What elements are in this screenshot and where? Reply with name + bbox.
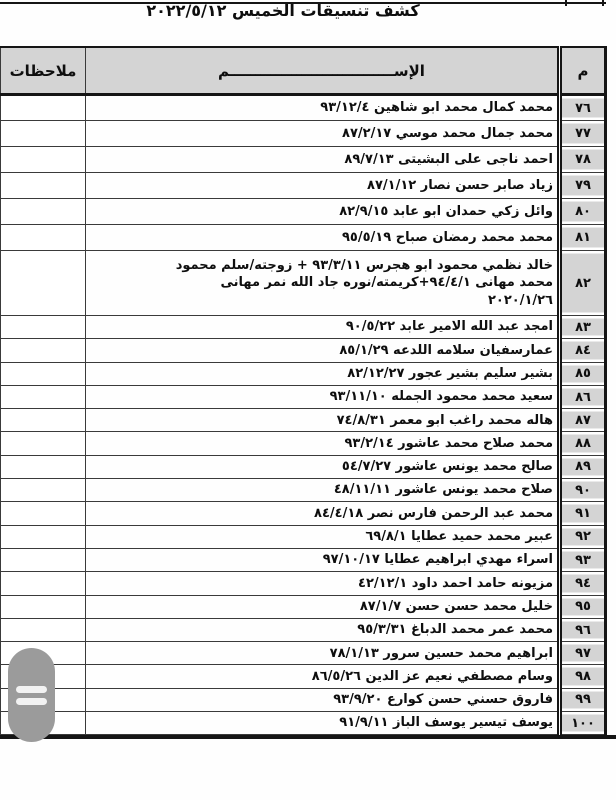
row-number-cell: ٩٩ <box>560 688 606 711</box>
table-row: ٧٨ احمد ناجى على البشيتى ٨٩/٧/١٣ <box>1 147 606 173</box>
row-name-cell: وائل زكي حمدان ابو عابد ٨٢/٩/١٥ <box>86 199 560 225</box>
roster-table: م الإســــــــــــــــــــــــــــــــم … <box>0 46 607 735</box>
row-notes-cell <box>1 525 86 548</box>
row-name-cell: محمد جمال محمد موسي ٨٧/٢/١٧ <box>86 121 560 147</box>
row-name-cell: امجد عبد الله الامير عابد ٩٠/٥/٢٢ <box>86 316 560 339</box>
row-notes-cell <box>1 618 86 641</box>
table-row: ٩٥ خليل محمد حسن حسن ٨٧/١/٧ <box>1 595 606 618</box>
col-header-name: الإســــــــــــــــــــــــــــــــم <box>86 47 560 95</box>
row-number-cell: ٩٣ <box>560 548 606 571</box>
row-notes-cell <box>1 362 86 385</box>
table-row: ٩٦ محمد عمر محمد الدباغ ٩٥/٣/٣١ <box>1 618 606 641</box>
row-notes-cell <box>1 121 86 147</box>
row-notes-cell <box>1 251 86 316</box>
row-notes-cell <box>1 548 86 571</box>
row-notes-cell <box>1 147 86 173</box>
row-name-cell: سعيد محمد محمود الجمله ٩٣/١١/١٠ <box>86 385 560 408</box>
table-row: ٩٨ وسام مصطفي نعيم عز الدين ٨٦/٥/٢٦ <box>1 665 606 688</box>
row-number-cell: ٧٨ <box>560 147 606 173</box>
row-name-cell: عبير محمد حميد عطايا ٦٩/٨/١ <box>86 525 560 548</box>
row-notes-cell <box>1 225 86 251</box>
row-notes-cell <box>1 432 86 455</box>
row-number-cell: ٨١ <box>560 225 606 251</box>
row-number-cell: ٩٢ <box>560 525 606 548</box>
table-row: ٩٢ عبير محمد حميد عطايا ٦٩/٨/١ <box>1 525 606 548</box>
roster-table-container: م الإســــــــــــــــــــــــــــــــم … <box>0 46 616 739</box>
row-notes-cell <box>1 95 86 121</box>
row-number-cell: ٨٨ <box>560 432 606 455</box>
row-number-cell: ٨٧ <box>560 409 606 432</box>
row-name-cell: خليل محمد حسن حسن ٨٧/١/٧ <box>86 595 560 618</box>
table-row: ٩٤ مزيونه حامد احمد داود ٤٢/١٢/١ <box>1 572 606 595</box>
col-header-notes: ملاحظات <box>1 47 86 95</box>
row-number-cell: ٩٠ <box>560 479 606 502</box>
table-row: ٨٦ سعيد محمد محمود الجمله ٩٣/١١/١٠ <box>1 385 606 408</box>
row-number-cell: ٩١ <box>560 502 606 525</box>
row-number-cell: ٨٤ <box>560 339 606 362</box>
row-name-cell: عمارسفيان سلامه اللدعه ٨٥/١/٢٩ <box>86 339 560 362</box>
table-row: ٧٧ محمد جمال محمد موسي ٨٧/٢/١٧ <box>1 121 606 147</box>
row-number-cell: ٧٦ <box>560 95 606 121</box>
row-name-cell: صالح محمد يونس عاشور ٥٤/٧/٢٧ <box>86 455 560 478</box>
table-header-row: م الإســــــــــــــــــــــــــــــــم … <box>1 47 606 95</box>
row-name-cell: هاله محمد راغب ابو معمر ٧٤/٨/٣١ <box>86 409 560 432</box>
table-row: ٨١ محمد محمد رمضان صباح ٩٥/٥/١٩ <box>1 225 606 251</box>
table-row: ٨٥ بشير سليم بشير عجور ٨٢/١٢/٢٧ <box>1 362 606 385</box>
row-name-cell: محمد عمر محمد الدباغ ٩٥/٣/٣١ <box>86 618 560 641</box>
row-notes-cell <box>1 173 86 199</box>
row-number-cell: ٨٩ <box>560 455 606 478</box>
table-row: ٨٨ محمد صلاح محمد عاشور ٩٣/٢/١٤ <box>1 432 606 455</box>
table-row: ٩١ محمد عبد الرحمن فارس نصر ٨٤/٤/١٨ <box>1 502 606 525</box>
row-number-cell: ٧٩ <box>560 173 606 199</box>
row-number-cell: ٨٠ <box>560 199 606 225</box>
row-number-cell: ٨٦ <box>560 385 606 408</box>
row-name-cell: محمد عبد الرحمن فارس نصر ٨٤/٤/١٨ <box>86 502 560 525</box>
row-number-cell: ٩٨ <box>560 665 606 688</box>
table-row: ٧٩ زياد صابر حسن نصار ٨٧/١/١٢ <box>1 173 606 199</box>
table-row: ٨٠ وائل زكي حمدان ابو عابد ٨٢/٩/١٥ <box>1 199 606 225</box>
row-number-cell: ٨٥ <box>560 362 606 385</box>
row-notes-cell <box>1 595 86 618</box>
table-row: ١٠٠ يوسف تيسير يوسف الباز ٩١/٩/١١ <box>1 712 606 735</box>
table-row: ٧٦ محمد كمال محمد ابو شاهين ٩٣/١٢/٤ <box>1 95 606 121</box>
row-notes-cell <box>1 479 86 502</box>
table-row: ٨٣ امجد عبد الله الامير عابد ٩٠/٥/٢٢ <box>1 316 606 339</box>
row-name-cell: محمد صلاح محمد عاشور ٩٣/٢/١٤ <box>86 432 560 455</box>
row-name-cell: مزيونه حامد احمد داود ٤٢/١٢/١ <box>86 572 560 595</box>
row-number-cell: ٨٢ <box>560 251 606 316</box>
row-name-cell: ابراهيم محمد حسين سرور ٧٨/١/١٣ <box>86 642 560 665</box>
roster-table-body: ٧٦ محمد كمال محمد ابو شاهين ٩٣/١٢/٤ ٧٧ م… <box>1 95 606 735</box>
row-notes-cell <box>1 502 86 525</box>
page-top-divider-tick <box>602 0 604 6</box>
row-number-cell: ٩٦ <box>560 618 606 641</box>
row-notes-cell <box>1 316 86 339</box>
row-number-cell: ٩٧ <box>560 642 606 665</box>
row-name-cell: خالد نظمي محمود ابو هجرس ٩٣/٣/١١ + زوجته… <box>86 251 560 316</box>
row-number-cell: ٧٧ <box>560 121 606 147</box>
row-number-cell: ١٠٠ <box>560 712 606 735</box>
row-name-cell: محمد محمد رمضان صباح ٩٥/٥/١٩ <box>86 225 560 251</box>
table-row: ٨٤ عمارسفيان سلامه اللدعه ٨٥/١/٢٩ <box>1 339 606 362</box>
row-number-cell: ٩٥ <box>560 595 606 618</box>
row-number-cell: ٩٤ <box>560 572 606 595</box>
row-name-cell: محمد كمال محمد ابو شاهين ٩٣/١٢/٤ <box>86 95 560 121</box>
table-row: ٨٢ خالد نظمي محمود ابو هجرس ٩٣/٣/١١ + زو… <box>1 251 606 316</box>
table-row: ٩٧ ابراهيم محمد حسين سرور ٧٨/١/١٣ <box>1 642 606 665</box>
row-name-cell: وسام مصطفي نعيم عز الدين ٨٦/٥/٢٦ <box>86 665 560 688</box>
row-notes-cell <box>1 339 86 362</box>
row-name-cell: صلاح محمد يونس عاشور ٤٨/١١/١١ <box>86 479 560 502</box>
table-row: ٩٩ فاروق حسني حسن كوارع ٩٣/٩/٢٠ <box>1 688 606 711</box>
table-row: ٨٩ صالح محمد يونس عاشور ٥٤/٧/٢٧ <box>1 455 606 478</box>
row-notes-cell <box>1 572 86 595</box>
row-notes-cell <box>1 199 86 225</box>
table-row: ٩٠ صلاح محمد يونس عاشور ٤٨/١١/١١ <box>1 479 606 502</box>
grip-lines-icon <box>16 698 47 705</box>
row-notes-cell <box>1 455 86 478</box>
table-row: ٩٣ اسراء مهدي ابراهيم عطايا ٩٧/١٠/١٧ <box>1 548 606 571</box>
row-notes-cell <box>1 409 86 432</box>
grip-lines-icon <box>16 686 47 693</box>
row-name-cell: يوسف تيسير يوسف الباز ٩١/٩/١١ <box>86 712 560 735</box>
table-bottom-border <box>0 735 616 739</box>
row-name-cell: بشير سليم بشير عجور ٨٢/١٢/٢٧ <box>86 362 560 385</box>
scroll-handle[interactable] <box>8 648 55 742</box>
row-name-cell: احمد ناجى على البشيتى ٨٩/٧/١٣ <box>86 147 560 173</box>
row-notes-cell <box>1 385 86 408</box>
row-name-cell: زياد صابر حسن نصار ٨٧/١/١٢ <box>86 173 560 199</box>
page-title: كشف تنسيقات الخميس ٢٠٢٢/٥/١٢ <box>0 1 566 21</box>
table-row: ٨٧ هاله محمد راغب ابو معمر ٧٤/٨/٣١ <box>1 409 606 432</box>
row-number-cell: ٨٣ <box>560 316 606 339</box>
row-name-cell: اسراء مهدي ابراهيم عطايا ٩٧/١٠/١٧ <box>86 548 560 571</box>
row-name-cell: فاروق حسني حسن كوارع ٩٣/٩/٢٠ <box>86 688 560 711</box>
col-header-number: م <box>560 47 606 95</box>
